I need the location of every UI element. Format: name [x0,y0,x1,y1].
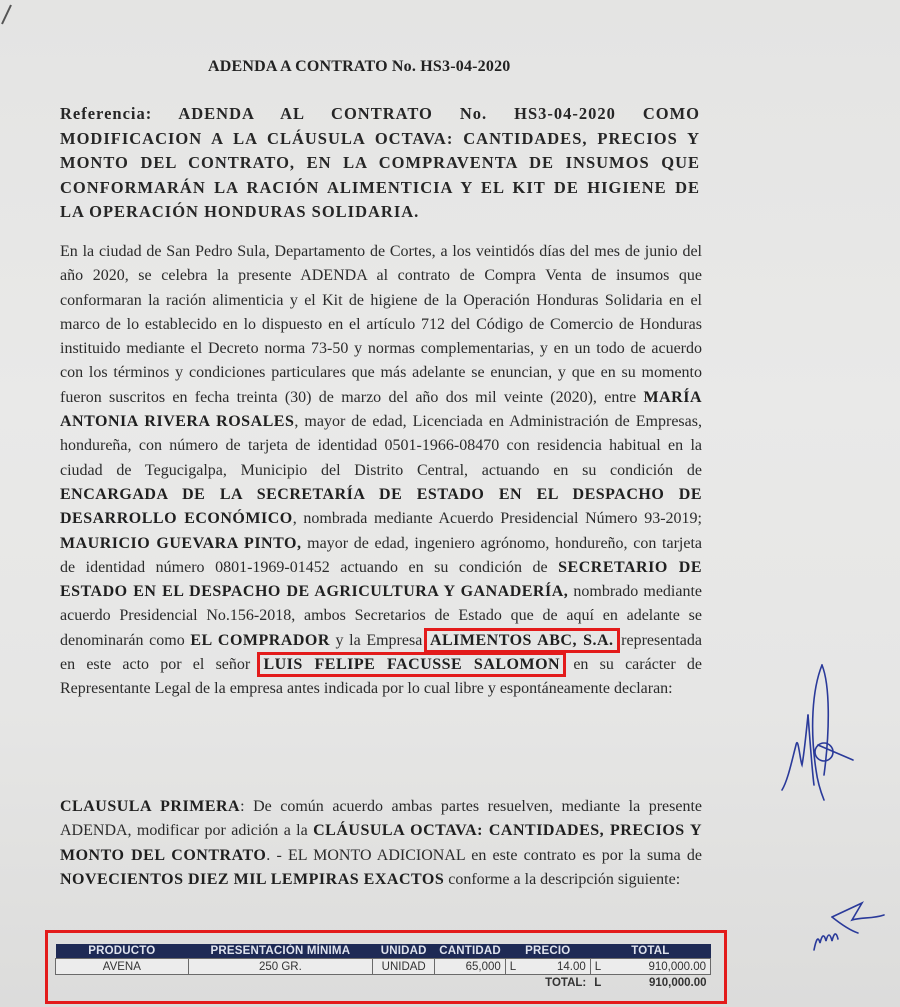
table-row: AVENA 250 GR. UNIDAD 65,000 L 14.00 L 91… [56,959,711,975]
buyer-label: EL COMPRADOR [190,632,330,649]
cell-total: 910,000.00 [607,959,711,975]
document-page: ADENDA A CONTRATO No. HS3-04-2020 Refere… [0,0,900,1007]
cell-unidad: UNIDAD [373,959,435,975]
document-title: ADENDA A CONTRATO No. HS3-04-2020 [208,58,510,76]
cell-precio-currency: L [505,959,522,975]
contract-body: En la ciudad de San Pedro Sula, Departam… [60,240,702,702]
clause-text-segment: conforme a la descripción siguiente: [444,871,680,888]
grand-total-currency: L [590,975,607,992]
header-presentacion: PRESENTACIÓN MÍNIMA [188,944,372,959]
cell-producto: AVENA [56,959,189,975]
amount-in-words: NOVECIENTOS DIEZ MIL LEMPIRAS EXACTOS [60,871,444,888]
clause-text-segment: . - EL MONTO ADICIONAL en este contrato … [266,847,702,864]
product-table: PRODUCTO PRESENTACIÓN MÍNIMA UNIDAD CANT… [55,944,711,991]
header-cantidad: CANTIDAD [435,944,505,959]
body-text-segment: , nombrada mediante Acuerdo Presidencial… [293,510,702,527]
grand-total-label: TOTAL: [522,975,590,992]
cell-cantidad: 65,000 [435,959,505,975]
cell-precio: 14.00 [522,959,590,975]
cell-presentacion: 250 GR. [188,959,372,975]
clause-primera: CLAUSULA PRIMERA: De común acuerdo ambas… [60,795,702,892]
reference-block: Referencia: ADENDA AL CONTRATO No. HS3-0… [60,102,700,225]
body-text-segment: En la ciudad de San Pedro Sula, Departam… [60,243,702,406]
reference-text: ADENDA AL CONTRATO No. HS3-04-2020 COMO … [60,104,700,221]
highlighted-representative-name: LUIS FELIPE FACUSSE SALOMON [261,656,562,673]
initials-signature-icon [812,895,892,955]
cell-total-currency: L [590,959,607,975]
header-producto: PRODUCTO [56,944,189,959]
highlighted-company-name: ALIMENTOS ABC, S.A. [428,632,616,649]
header-precio: PRECIO [505,944,590,959]
body-text-segment: y la Empresa [330,632,428,649]
table-total-row: TOTAL: L 910,000.00 [56,975,711,992]
grand-total-value: 910,000.00 [607,975,711,992]
pen-mark-icon [0,4,14,26]
party-name-2: MAURICIO GUEVARA PINTO, [60,535,301,552]
signature-icon [778,660,858,810]
table-header-row: PRODUCTO PRESENTACIÓN MÍNIMA UNIDAD CANT… [56,944,711,959]
header-unidad: UNIDAD [373,944,435,959]
clause-heading: CLAUSULA PRIMERA [60,798,240,815]
reference-label: Referencia: [60,104,152,123]
header-total: TOTAL [590,944,710,959]
